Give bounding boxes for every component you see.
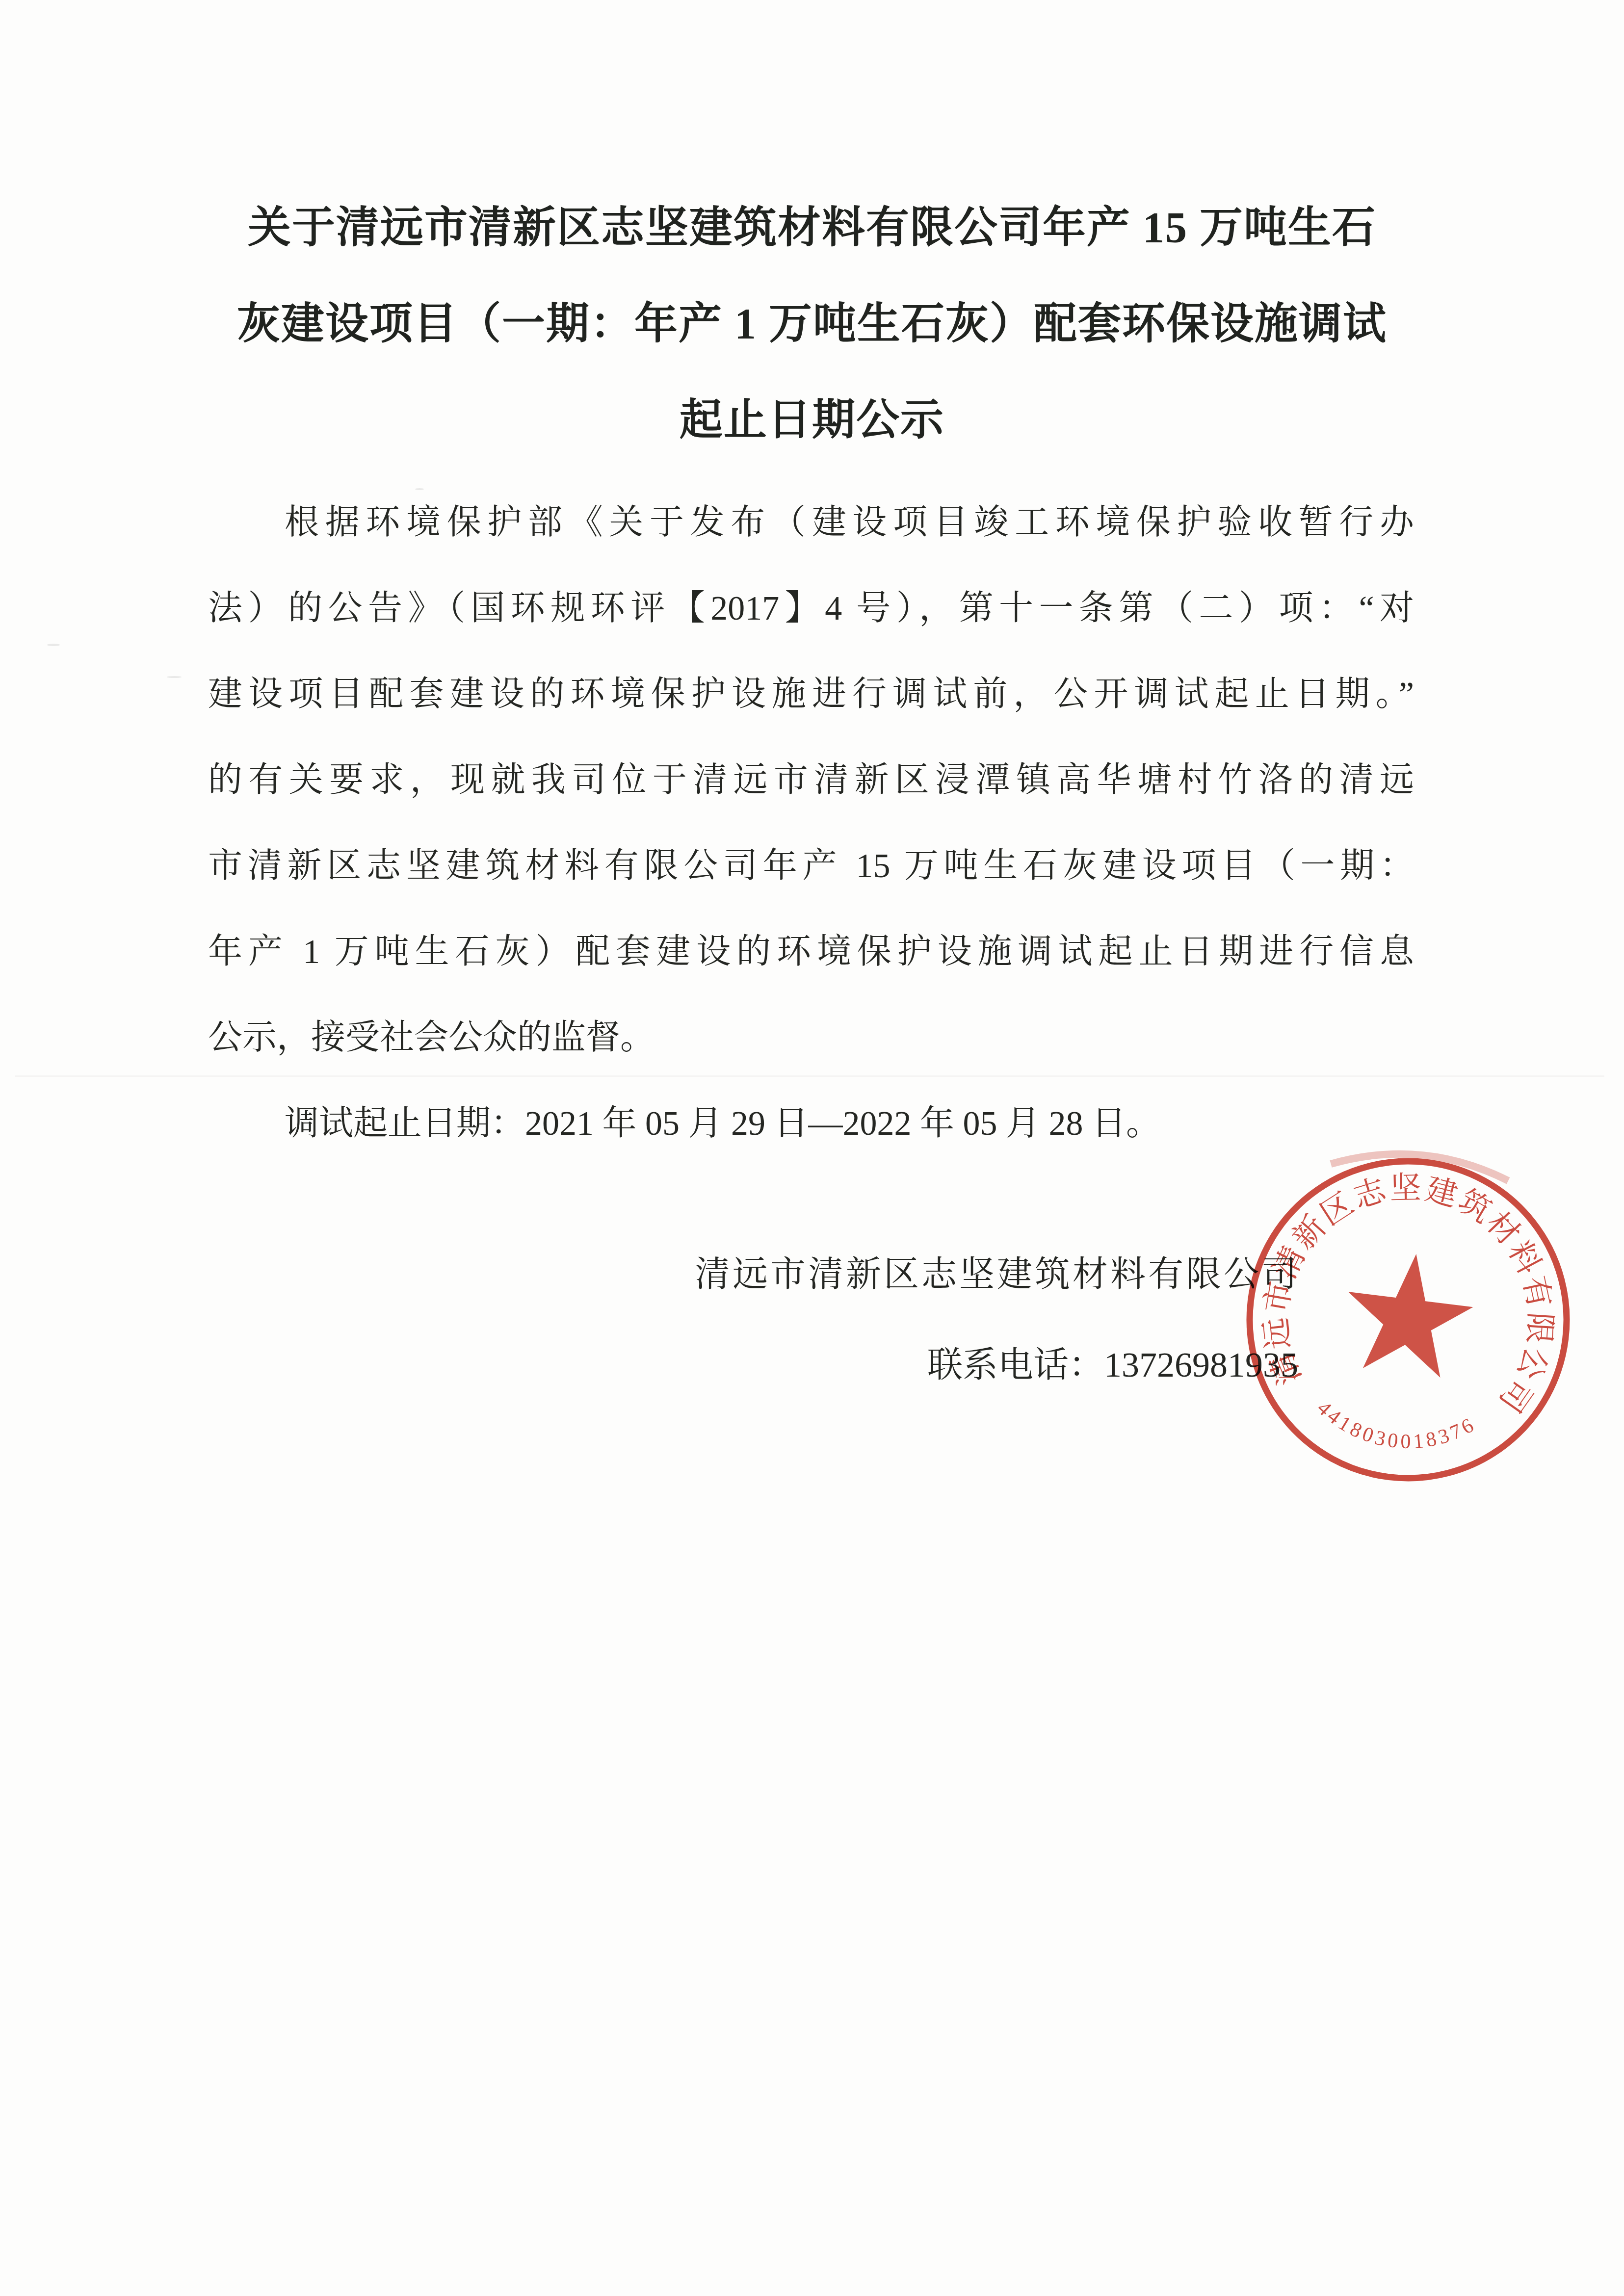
- title-line-2: 灰建设项目（一期：年产 1 万吨生石灰）配套环保设施调试: [0, 276, 1624, 372]
- body-line: 的有关要求，现就我司位于清远市清新区浸潭镇高华塘村竹洛的清远: [208, 737, 1414, 823]
- scan-speck: [415, 488, 424, 490]
- body-line: 市清新区志坚建筑材料有限公司年产 15 万吨生石灰建设项目（一期：: [208, 823, 1414, 909]
- seal-code-text: 4418030018376: [1309, 1395, 1480, 1462]
- seal-star-icon: [1339, 1246, 1479, 1381]
- document-page: 关于清远市清新区志坚建筑材料有限公司年产 15 万吨生石 灰建设项目（一期：年产…: [0, 0, 1624, 2296]
- body-line: 法）的公告》（国环规环评【2017】4 号），第十一条第（二）项：“对: [208, 566, 1414, 652]
- phone-label: 联系电话：: [927, 1345, 1104, 1384]
- body-line: 年产 1 万吨生石灰）配套建设的环境保护设施调试起止日期进行信息: [208, 909, 1414, 995]
- document-title: 关于清远市清新区志坚建筑材料有限公司年产 15 万吨生石 灰建设项目（一期：年产…: [0, 180, 1624, 469]
- commissioning-date-line: 调试起止日期：2021 年 05 月 29 日—2022 年 05 月 28 日…: [208, 1081, 1414, 1167]
- signature-company-name: 清远市清新区志坚建筑材料有限公司: [0, 1245, 1299, 1304]
- body-line: 建设项目配套建设的环境保护设施进行调试前，公开调试起止日期。”: [208, 652, 1414, 737]
- scan-speck: [167, 676, 182, 678]
- scan-streak: [15, 1075, 1604, 1077]
- company-seal: 清远市清新区志坚建筑材料有限公司 4418030018376: [1217, 1128, 1599, 1511]
- title-line-1: 关于清远市清新区志坚建筑材料有限公司年产 15 万吨生石: [0, 180, 1624, 276]
- body-line: 根据环境保护部《关于发布（建设项目竣工环境保护验收暂行办: [208, 480, 1414, 566]
- signature-phone-line: 联系电话：13726981935: [0, 1335, 1298, 1394]
- body-line: 公示，接受社会公众的监督。: [208, 995, 1414, 1081]
- scan-speck: [47, 644, 60, 646]
- document-body: 根据环境保护部《关于发布（建设项目竣工环境保护验收暂行办 法）的公告》（国环规环…: [208, 480, 1414, 1167]
- title-line-3: 起止日期公示: [0, 372, 1624, 469]
